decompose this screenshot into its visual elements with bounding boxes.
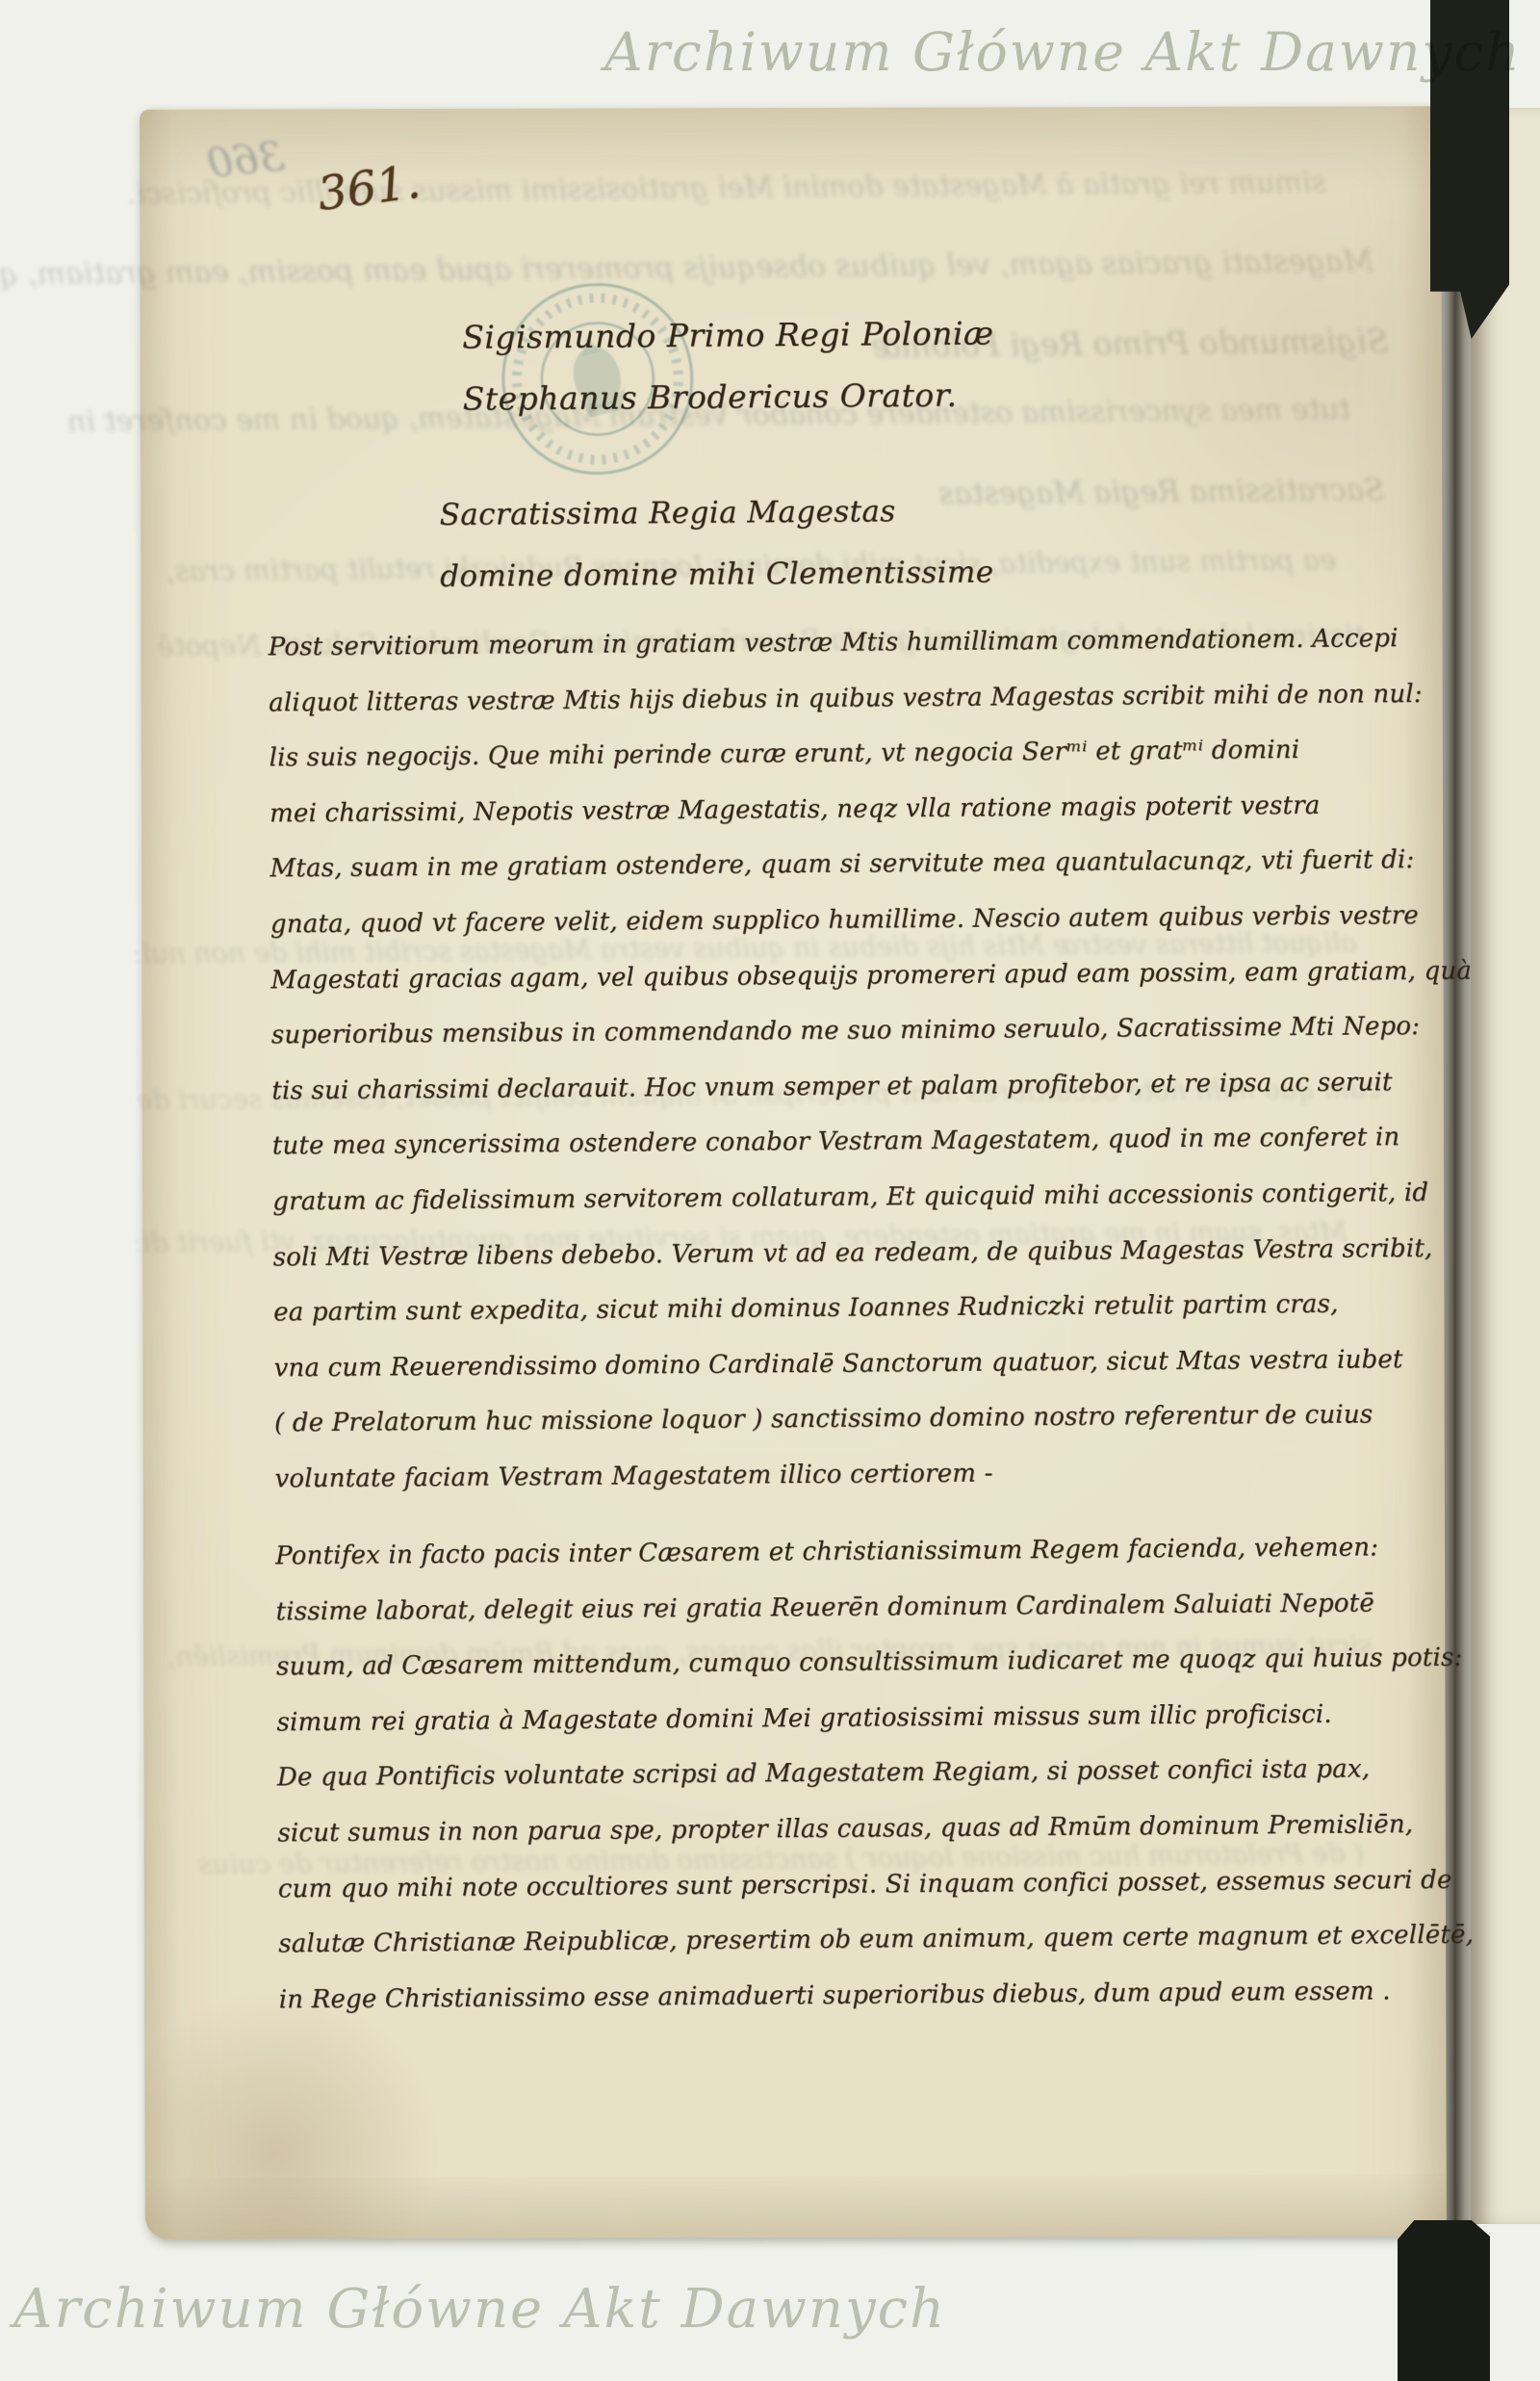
manuscript-line: suum, ad Cæsarem mittendum, cumquo consu… bbox=[276, 1631, 1472, 1695]
manuscript-line: Post servitiorum meorum in gratiam vestr… bbox=[268, 610, 1469, 675]
paragraph-1: Post servitiorum meorum in gratiam vestr… bbox=[268, 610, 1476, 1507]
facing-page-edge bbox=[1471, 108, 1540, 2224]
manuscript-page: simum rei gratia à Magestate domini Mei … bbox=[140, 106, 1447, 2239]
address-block: Sigismundo Primo Regi Poloniæ Stephanus … bbox=[462, 302, 994, 429]
book-spine bbox=[1398, 2220, 1490, 2381]
manuscript-line: aliquot litteras vestræ Mtis hijs diebus… bbox=[269, 666, 1470, 731]
manuscript-line: vna cum Reuerendissimo domino Cardinalē … bbox=[273, 1332, 1475, 1396]
manuscript-line: lis suis negocijs. Que mihi perinde curæ… bbox=[269, 722, 1470, 787]
page-number: 361. bbox=[315, 155, 423, 221]
salutation-line: Sacratissima Regia Magestas bbox=[439, 479, 993, 546]
manuscript-line: cum quo mihi note occultiores sunt persc… bbox=[278, 1852, 1474, 1917]
archive-watermark-top: Archiwum Główne Akt Dawnych bbox=[604, 21, 1522, 83]
manuscript-line: tis sui charissimi declarauit. Hoc vnum … bbox=[271, 1054, 1473, 1119]
manuscript-line: soli Mti Vestræ libens debebo. Verum vt … bbox=[272, 1221, 1474, 1285]
manuscript-line: De qua Pontificis voluntate scripsi ad M… bbox=[277, 1742, 1473, 1806]
manuscript-line: ( de Prelatorum huc missione loquor ) sa… bbox=[274, 1387, 1476, 1452]
manuscript-line: voluntate faciam Vestram Magestatem illi… bbox=[274, 1442, 1476, 1507]
manuscript-line: tute mea syncerissima ostendere conabor … bbox=[272, 1110, 1474, 1175]
manuscript-line: Mtas, suam in me gratiam ostendere, quam… bbox=[269, 833, 1471, 897]
manuscript-line: sicut sumus in non parua spe, propter il… bbox=[277, 1797, 1473, 1861]
manuscript-line: mei charissimi, Nepotis vestræ Magestati… bbox=[269, 777, 1471, 841]
manuscript-line: tissime laborat, delegit eius rei gratia… bbox=[275, 1575, 1471, 1640]
salutation-block: Sacratissima Regia Magestas domine domin… bbox=[439, 479, 993, 608]
manuscript-line: gratum ac fidelissimum servitorem collat… bbox=[272, 1165, 1474, 1229]
manuscript-line: ea partim sunt expedita, sicut mihi domi… bbox=[273, 1277, 1475, 1341]
manuscript-line: superioribus mensibus in commendando me … bbox=[271, 999, 1473, 1064]
paragraph-2: Pontifex in facto pacis inter Cæsarem et… bbox=[275, 1519, 1475, 2028]
archive-watermark-bottom: Archiwum Główne Akt Dawnych bbox=[13, 2278, 946, 2341]
address-line: Sigismundo Primo Regi Poloniæ bbox=[462, 302, 994, 368]
manuscript-line: in Rege Christianissimo esse animaduerti… bbox=[279, 1963, 1475, 2028]
manuscript-line: simum rei gratia à Magestate domini Mei … bbox=[276, 1686, 1472, 1750]
manuscript-line: Pontifex in facto pacis inter Cæsarem et… bbox=[275, 1519, 1471, 1584]
manuscript-line: salutæ Christianæ Reipublicæ, presertim … bbox=[278, 1908, 1474, 1973]
manuscript-scan: Archiwum Główne Akt Dawnych Archiwum Głó… bbox=[0, 0, 1540, 2381]
manuscript-line: gnata, quod vt facere velit, eidem suppl… bbox=[270, 888, 1472, 952]
manuscript-line: Magestati gracias agam, vel quibus obseq… bbox=[270, 944, 1472, 1008]
salutation-line: domine domine mihi Clementissime bbox=[440, 541, 994, 608]
ink-layer: 361. Sigismundo Primo Regi Poloniæ Steph… bbox=[134, 103, 1451, 2243]
address-line: Stephanus Brodericus Orator. bbox=[462, 364, 994, 429]
